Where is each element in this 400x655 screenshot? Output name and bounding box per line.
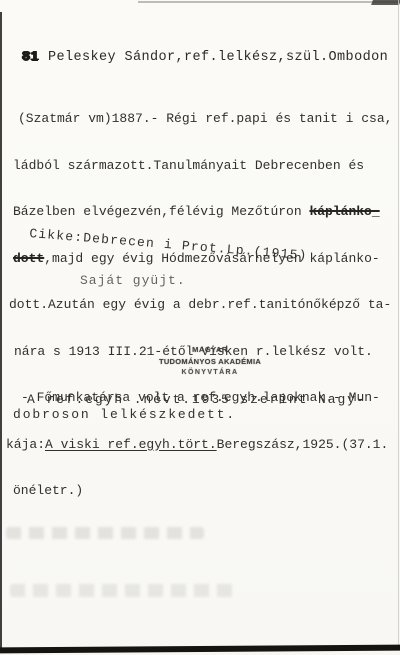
- bio-line: dott.Azután egy évig a debr.ref.tanitónő…: [0, 297, 400, 313]
- bio-line: Bázelben elvégezvén,félévig Mezőtúron ká…: [0, 204, 400, 220]
- bio-line: önéletr.): [0, 483, 400, 499]
- entry-heading: 81Peleskey Sándor,ref.lelkész,szül.Ombod…: [22, 50, 388, 65]
- bio-line: kája:A viski ref.egyh.tört.Beregszász,19…: [0, 437, 400, 453]
- entry-heading-text: Peleskey Sándor,ref.lelkész,szül.Ombodon: [48, 50, 388, 65]
- bio-line: ládból származott.Tanulmányait Debrecenb…: [0, 158, 400, 174]
- catalog-card: 81Peleskey Sándor,ref.lelkész,szül.Ombod…: [0, 0, 400, 655]
- underlined-title: A viski ref.egyh.tört.: [45, 437, 217, 452]
- biography-paragraph: (Szatmár vm)1887.- Régi ref.papi és tani…: [0, 80, 400, 530]
- bio-line-text: Beregszász,1925.(37.1.: [217, 437, 389, 452]
- ink-bleedthrough-smudge: [6, 527, 204, 539]
- struck-out-word: dott: [13, 251, 44, 266]
- addendum-line-1: A ref.egyh .névt.1935 szerint Nagy-: [27, 392, 367, 407]
- stamp-line-1: MAGYAR: [148, 345, 272, 354]
- scan-edge-top: [138, 1, 398, 3]
- addendum-line-2: dobroson lelkészkedett.: [13, 407, 236, 422]
- entry-code-overstruck: 81: [22, 50, 39, 65]
- ink-bleedthrough-smudge: [10, 584, 234, 597]
- scan-edge-top-right-mark: [371, 0, 400, 5]
- bio-line-text: kája:: [6, 437, 45, 452]
- library-stamp: MAGYAR TUDOMÁNYOS AKADÉMIA KÖNYVTÁRA: [148, 345, 272, 376]
- source-note: Saját gyüjt.: [80, 273, 186, 288]
- bio-line-text: Bázelben elvégezvén,félévig Mezőtúron: [13, 204, 309, 219]
- struck-out-word: káplánko_: [309, 204, 379, 219]
- stamp-line-2: TUDOMÁNYOS AKADÉMIA: [148, 357, 272, 366]
- stamp-line-3: KÖNYVTÁRA: [148, 369, 272, 376]
- scan-edge-bottom: [0, 645, 400, 654]
- bio-line: (Szatmár vm)1887.- Régi ref.papi és tani…: [0, 111, 400, 127]
